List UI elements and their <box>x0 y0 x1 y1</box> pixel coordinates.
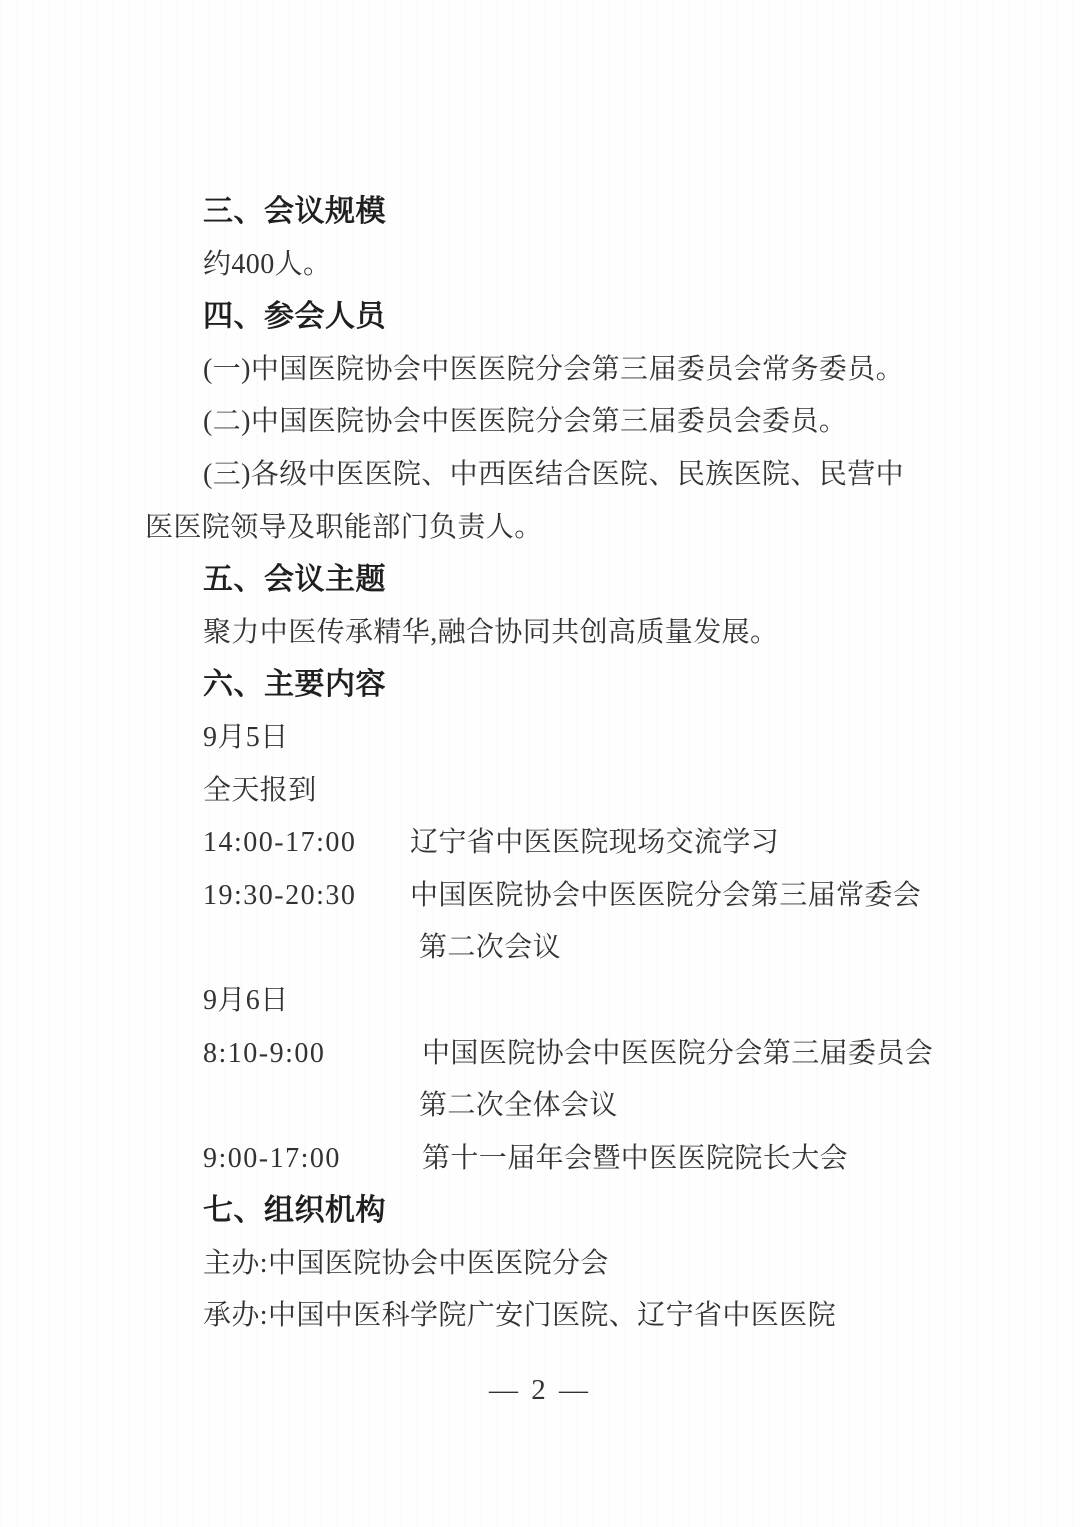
schedule-desc: 第十一届年会暨中医医院院长大会 <box>422 1133 848 1186</box>
schedule-desc: 中国医院协会中医医院分会第三届委员会 <box>422 1028 933 1081</box>
text-organizer: 主办:中国医院协会中医医院分会 <box>145 1238 950 1291</box>
text-meeting-theme: 聚力中医传承精华,融合协同共创高质量发展。 <box>145 607 950 660</box>
text-attendee-count: 约400人。 <box>145 239 950 292</box>
schedule-time: 8:10-9:00 <box>203 1028 422 1081</box>
text-all-day-checkin: 全天报到 <box>145 765 950 818</box>
schedule-time: 14:00-17:00 <box>203 817 410 870</box>
date-label-sep5: 9月5日 <box>145 712 950 765</box>
heading-meeting-scale: 三、会议规模 <box>145 186 950 239</box>
schedule-desc: 辽宁省中医医院现场交流学习 <box>410 817 779 870</box>
schedule-desc: 中国医院协会中医医院分会第三届常委会 <box>410 870 921 923</box>
schedule-row-sep6-morning: 8:10-9:00 中国医院协会中医医院分会第三届委员会 <box>203 1028 950 1081</box>
heading-participants: 四、参会人员 <box>145 291 950 344</box>
heading-organization: 七、组织机构 <box>145 1185 950 1238</box>
heading-meeting-theme: 五、会议主题 <box>145 554 950 607</box>
date-label-sep6: 9月6日 <box>145 975 950 1028</box>
participants-item-1: (一)中国医院协会中医医院分会第三届委员会常务委员。 <box>145 344 950 397</box>
document-page: 三、会议规模 约400人。 四、参会人员 (一)中国医院协会中医医院分会第三届委… <box>0 0 1080 1343</box>
schedule-desc-continued: 第二次会议 <box>419 922 950 975</box>
participants-item-2: (二)中国医院协会中医医院分会第三届委员会委员。 <box>145 396 950 449</box>
page-footer: — 2 — <box>0 1374 1080 1407</box>
schedule-row-sep6-day: 9:00-17:00 第十一届年会暨中医医院院长大会 <box>203 1133 950 1186</box>
text-co-organizers: 承办:中国中医科学院广安门医院、辽宁省中医医院 <box>145 1290 950 1343</box>
page-number: — 2 — <box>489 1374 591 1406</box>
schedule-desc-continued: 第二次全体会议 <box>419 1080 950 1133</box>
schedule-time: 9:00-17:00 <box>203 1133 422 1186</box>
participants-item-3: (三)各级中医医院、中西医结合医院、民族医院、民营中 <box>145 449 950 502</box>
schedule-time: 19:30-20:30 <box>203 870 410 923</box>
heading-main-content: 六、主要内容 <box>145 659 950 712</box>
participants-item-3-continued: 医医院领导及职能部门负责人。 <box>145 502 950 555</box>
schedule-row-sep5-afternoon: 14:00-17:00 辽宁省中医医院现场交流学习 <box>203 817 950 870</box>
schedule-row-sep5-evening: 19:30-20:30 中国医院协会中医医院分会第三届常委会 <box>203 870 950 923</box>
